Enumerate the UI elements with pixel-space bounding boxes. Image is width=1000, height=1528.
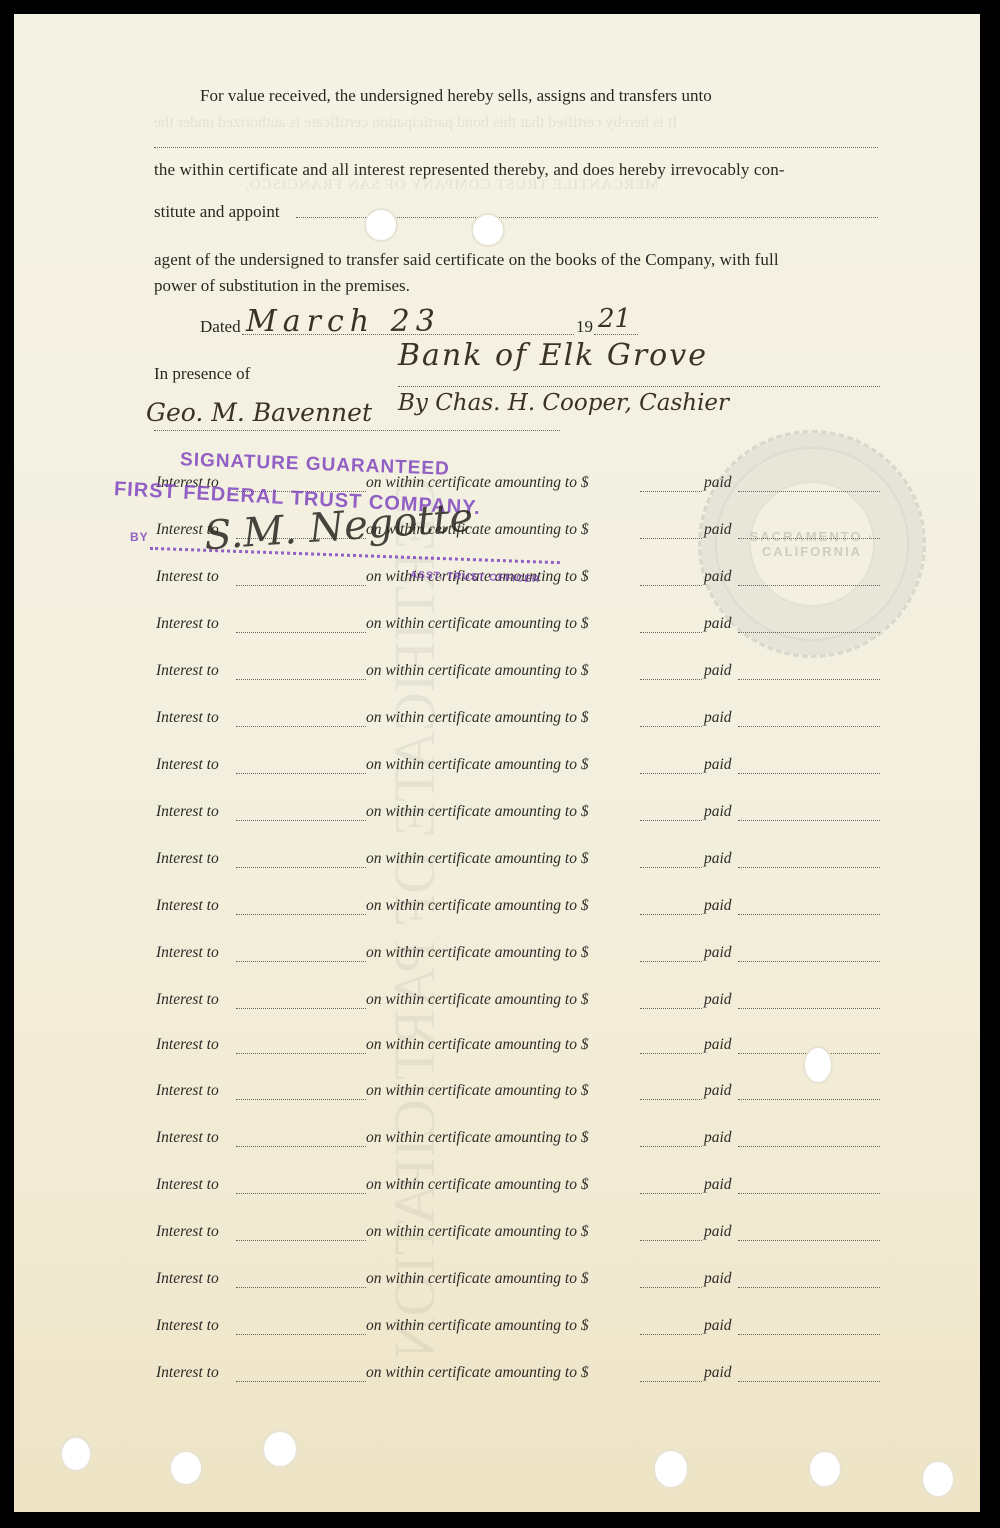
interest-row: Interest toon within certificate amounti… bbox=[14, 662, 980, 686]
interest-row: Interest toon within certificate amounti… bbox=[14, 615, 980, 639]
in-presence-of-label: In presence of bbox=[154, 364, 250, 384]
certificate-back-page: It is hereby certified that this bond pa… bbox=[14, 14, 980, 1512]
interest-to-label: Interest to bbox=[156, 850, 219, 868]
interest-to-label: Interest to bbox=[156, 1176, 219, 1194]
paid-blank[interactable] bbox=[738, 820, 880, 821]
interest-to-blank[interactable] bbox=[236, 914, 366, 915]
interest-to-blank[interactable] bbox=[236, 773, 366, 774]
handwritten-date: March 23 bbox=[246, 304, 441, 339]
interest-to-blank[interactable] bbox=[236, 585, 366, 586]
amount-blank[interactable] bbox=[640, 1099, 702, 1100]
paid-label: paid bbox=[704, 474, 732, 492]
amount-blank[interactable] bbox=[640, 820, 702, 821]
interest-to-label: Interest to bbox=[156, 1082, 219, 1100]
interest-to-label: Interest to bbox=[156, 756, 219, 774]
within-certificate-label: on within certificate amounting to $ bbox=[366, 1223, 589, 1241]
punch-hole bbox=[264, 1432, 296, 1466]
amount-blank[interactable] bbox=[640, 1287, 702, 1288]
within-certificate-label: on within certificate amounting to $ bbox=[366, 615, 589, 633]
amount-blank[interactable] bbox=[640, 585, 702, 586]
interest-row: Interest toon within certificate amounti… bbox=[14, 1364, 980, 1388]
interest-row: Interest toon within certificate amounti… bbox=[14, 897, 980, 921]
paid-label: paid bbox=[704, 1176, 732, 1194]
interest-row: Interest toon within certificate amounti… bbox=[14, 709, 980, 733]
assignment-line-1: For value received, the undersigned here… bbox=[200, 86, 712, 106]
paid-blank[interactable] bbox=[738, 961, 880, 962]
within-certificate-label: on within certificate amounting to $ bbox=[366, 1082, 589, 1100]
amount-blank[interactable] bbox=[640, 632, 702, 633]
interest-row: Interest toon within certificate amounti… bbox=[14, 803, 980, 827]
paid-label: paid bbox=[704, 1036, 732, 1054]
interest-row: Interest toon within certificate amounti… bbox=[14, 756, 980, 780]
interest-to-label: Interest to bbox=[156, 615, 219, 633]
interest-to-blank[interactable] bbox=[236, 1287, 366, 1288]
interest-row: Interest toon within certificate amounti… bbox=[14, 1036, 980, 1060]
within-certificate-label: on within certificate amounting to $ bbox=[366, 1036, 589, 1054]
amount-blank[interactable] bbox=[640, 1146, 702, 1147]
assignment-line-2: the within certificate and all interest … bbox=[154, 160, 785, 180]
witness-blank-line[interactable] bbox=[154, 430, 560, 431]
assignment-line-5: power of substitution in the premises. bbox=[154, 276, 410, 296]
paid-blank[interactable] bbox=[738, 1334, 880, 1335]
interest-to-blank[interactable] bbox=[236, 632, 366, 633]
interest-to-blank[interactable] bbox=[236, 679, 366, 680]
interest-row: Interest toon within certificate amounti… bbox=[14, 1270, 980, 1294]
interest-to-blank[interactable] bbox=[236, 1381, 366, 1382]
paid-label: paid bbox=[704, 1223, 732, 1241]
assignment-line-3: stitute and appoint bbox=[154, 202, 280, 222]
assignment-line-4: agent of the undersigned to transfer sai… bbox=[154, 250, 779, 270]
within-certificate-label: on within certificate amounting to $ bbox=[366, 1364, 589, 1382]
interest-to-label: Interest to bbox=[156, 944, 219, 962]
interest-row: Interest toon within certificate amounti… bbox=[14, 1129, 980, 1153]
interest-to-blank[interactable] bbox=[236, 1146, 366, 1147]
amount-blank[interactable] bbox=[640, 1053, 702, 1054]
within-certificate-label: on within certificate amounting to $ bbox=[366, 944, 589, 962]
bleed-through-text: It is hereby certified that this bond pa… bbox=[154, 114, 677, 132]
paid-label: paid bbox=[704, 709, 732, 727]
paid-label: paid bbox=[704, 615, 732, 633]
paid-label: paid bbox=[704, 897, 732, 915]
interest-to-label: Interest to bbox=[156, 1364, 219, 1382]
paid-label: paid bbox=[704, 944, 732, 962]
within-certificate-label: on within certificate amounting to $ bbox=[366, 1317, 589, 1335]
paid-blank[interactable] bbox=[738, 867, 880, 868]
within-certificate-label: on within certificate amounting to $ bbox=[366, 850, 589, 868]
interest-to-label: Interest to bbox=[156, 897, 219, 915]
within-certificate-label: on within certificate amounting to $ bbox=[366, 991, 589, 1009]
interest-to-label: Interest to bbox=[156, 709, 219, 727]
interest-to-blank[interactable] bbox=[236, 961, 366, 962]
paid-blank[interactable] bbox=[738, 585, 880, 586]
punch-hole bbox=[805, 1048, 831, 1082]
interest-to-label: Interest to bbox=[156, 1036, 219, 1054]
paid-label: paid bbox=[704, 1270, 732, 1288]
signer-cashier-signature: By Chas. H. Cooper, Cashier bbox=[398, 390, 729, 416]
interest-row: Interest toon within certificate amounti… bbox=[14, 850, 980, 874]
interest-row: Interest toon within certificate amounti… bbox=[14, 1223, 980, 1247]
interest-to-blank[interactable] bbox=[236, 867, 366, 868]
within-certificate-label: on within certificate amounting to $ bbox=[366, 897, 589, 915]
amount-blank[interactable] bbox=[640, 914, 702, 915]
paid-blank[interactable] bbox=[738, 1008, 880, 1009]
within-certificate-label: on within certificate amounting to $ bbox=[366, 662, 589, 680]
paid-blank[interactable] bbox=[738, 1381, 880, 1382]
interest-to-label: Interest to bbox=[156, 803, 219, 821]
punch-hole bbox=[366, 210, 396, 240]
punch-hole bbox=[923, 1462, 953, 1496]
witness-signature: Geo. M. Bavennet bbox=[146, 398, 372, 427]
interest-to-blank[interactable] bbox=[236, 1008, 366, 1009]
interest-row: Interest toon within certificate amounti… bbox=[14, 1176, 980, 1200]
within-certificate-label: on within certificate amounting to $ bbox=[366, 756, 589, 774]
interest-to-label: Interest to bbox=[156, 1270, 219, 1288]
interest-to-label: Interest to bbox=[156, 568, 219, 586]
paid-label: paid bbox=[704, 521, 732, 539]
amount-blank[interactable] bbox=[640, 1381, 702, 1382]
stamp-by: BY bbox=[130, 530, 149, 544]
interest-to-blank[interactable] bbox=[236, 1099, 366, 1100]
interest-to-blank[interactable] bbox=[236, 1334, 366, 1335]
paid-label: paid bbox=[704, 568, 732, 586]
punch-hole bbox=[810, 1452, 840, 1486]
amount-blank[interactable] bbox=[640, 961, 702, 962]
year-blank-line[interactable] bbox=[594, 334, 638, 335]
paid-blank[interactable] bbox=[738, 1287, 880, 1288]
within-certificate-label: on within certificate amounting to $ bbox=[366, 803, 589, 821]
signer-blank-line[interactable] bbox=[398, 386, 880, 387]
paid-label: paid bbox=[704, 662, 732, 680]
assignee-blank-line[interactable] bbox=[154, 147, 878, 148]
paid-label: paid bbox=[704, 803, 732, 821]
dated-label: Dated bbox=[200, 317, 241, 337]
interest-row: Interest toon within certificate amounti… bbox=[14, 944, 980, 968]
paid-blank[interactable] bbox=[738, 538, 880, 539]
amount-blank[interactable] bbox=[640, 1334, 702, 1335]
paid-label: paid bbox=[704, 1082, 732, 1100]
amount-blank[interactable] bbox=[640, 679, 702, 680]
amount-blank[interactable] bbox=[640, 726, 702, 727]
interest-to-label: Interest to bbox=[156, 662, 219, 680]
amount-blank[interactable] bbox=[640, 491, 702, 492]
interest-to-label: Interest to bbox=[156, 1129, 219, 1147]
within-certificate-label: on within certificate amounting to $ bbox=[366, 1270, 589, 1288]
year-prefix: 19 bbox=[576, 317, 593, 337]
interest-to-label: Interest to bbox=[156, 1223, 219, 1241]
signer-bank-signature: Bank of Elk Grove bbox=[398, 338, 708, 373]
paid-label: paid bbox=[704, 1317, 732, 1335]
paid-blank[interactable] bbox=[738, 1193, 880, 1194]
amount-blank[interactable] bbox=[640, 1008, 702, 1009]
within-certificate-label: on within certificate amounting to $ bbox=[366, 709, 589, 727]
interest-to-label: Interest to bbox=[156, 1317, 219, 1335]
paid-blank[interactable] bbox=[738, 1146, 880, 1147]
handwritten-year: 21 bbox=[598, 304, 631, 334]
paid-blank[interactable] bbox=[738, 491, 880, 492]
paid-blank[interactable] bbox=[738, 679, 880, 680]
paid-blank[interactable] bbox=[738, 726, 880, 727]
interest-to-blank[interactable] bbox=[236, 820, 366, 821]
paid-blank[interactable] bbox=[738, 1240, 880, 1241]
interest-to-label: Interest to bbox=[156, 991, 219, 1009]
interest-row: Interest toon within certificate amounti… bbox=[14, 1082, 980, 1106]
amount-blank[interactable] bbox=[640, 1240, 702, 1241]
punch-hole bbox=[473, 215, 503, 245]
paid-blank[interactable] bbox=[738, 773, 880, 774]
interest-to-blank[interactable] bbox=[236, 1193, 366, 1194]
paid-label: paid bbox=[704, 1129, 732, 1147]
interest-row: Interest toon within certificate amounti… bbox=[14, 521, 980, 545]
punch-hole bbox=[62, 1438, 90, 1470]
paid-label: paid bbox=[704, 1364, 732, 1382]
amount-blank[interactable] bbox=[640, 773, 702, 774]
interest-row: Interest toon within certificate amounti… bbox=[14, 1317, 980, 1341]
paid-blank[interactable] bbox=[738, 914, 880, 915]
punch-hole bbox=[171, 1452, 201, 1484]
within-certificate-label: on within certificate amounting to $ bbox=[366, 1129, 589, 1147]
amount-blank[interactable] bbox=[640, 538, 702, 539]
amount-blank[interactable] bbox=[640, 867, 702, 868]
interest-to-blank[interactable] bbox=[236, 1240, 366, 1241]
paid-blank[interactable] bbox=[738, 632, 880, 633]
within-certificate-label: on within certificate amounting to $ bbox=[366, 1176, 589, 1194]
interest-to-blank[interactable] bbox=[236, 1053, 366, 1054]
punch-hole bbox=[655, 1451, 687, 1487]
paid-label: paid bbox=[704, 756, 732, 774]
paid-label: paid bbox=[704, 991, 732, 1009]
amount-blank[interactable] bbox=[640, 1193, 702, 1194]
paid-label: paid bbox=[704, 850, 732, 868]
interest-to-blank[interactable] bbox=[236, 726, 366, 727]
interest-row: Interest toon within certificate amounti… bbox=[14, 991, 980, 1015]
paid-blank[interactable] bbox=[738, 1099, 880, 1100]
